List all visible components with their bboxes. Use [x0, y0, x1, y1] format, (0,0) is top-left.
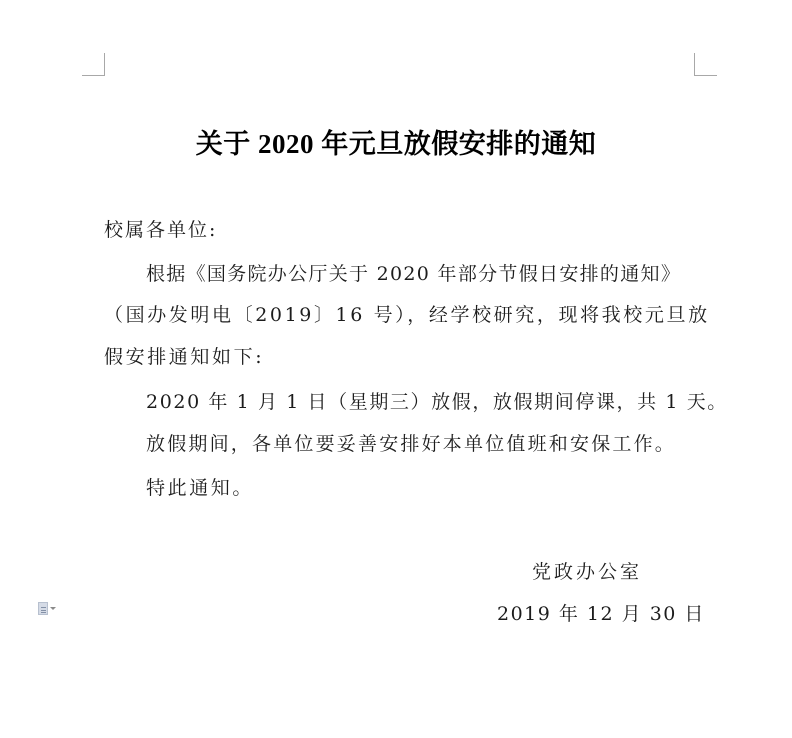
paragraph-line: 放假期间，各单位要妥善安排好本单位值班和安保工作。	[146, 432, 676, 456]
signature: 党政办公室	[532, 560, 642, 584]
paragraph-line: 2020 年 1 月 1 日（星期三）放假，放假期间停课，共 1 天。	[146, 390, 728, 414]
paragraph-line: 根据《国务院办公厅关于 2020 年部分节假日安排的通知》	[146, 262, 681, 286]
paragraph-line: （国办发明电〔2019〕16 号），经学校研究，现将我校元旦放	[104, 303, 710, 327]
document-page: 关于 2020 年元旦放假安排的通知 校属各单位: 根据《国务院办公厅关于 20…	[0, 0, 792, 738]
paste-options-button[interactable]	[38, 600, 66, 616]
salutation: 校属各单位:	[104, 218, 217, 242]
document-icon	[38, 602, 48, 615]
document-title: 关于 2020 年元旦放假安排的通知	[0, 122, 792, 161]
margin-corner-top-right	[694, 53, 717, 76]
signature-date: 2019 年 12 月 30 日	[497, 602, 705, 626]
margin-corner-top-left	[82, 53, 105, 76]
chevron-down-icon	[50, 607, 56, 610]
paragraph-line: 特此通知。	[146, 476, 254, 500]
paragraph-line: 假安排通知如下:	[104, 345, 264, 369]
